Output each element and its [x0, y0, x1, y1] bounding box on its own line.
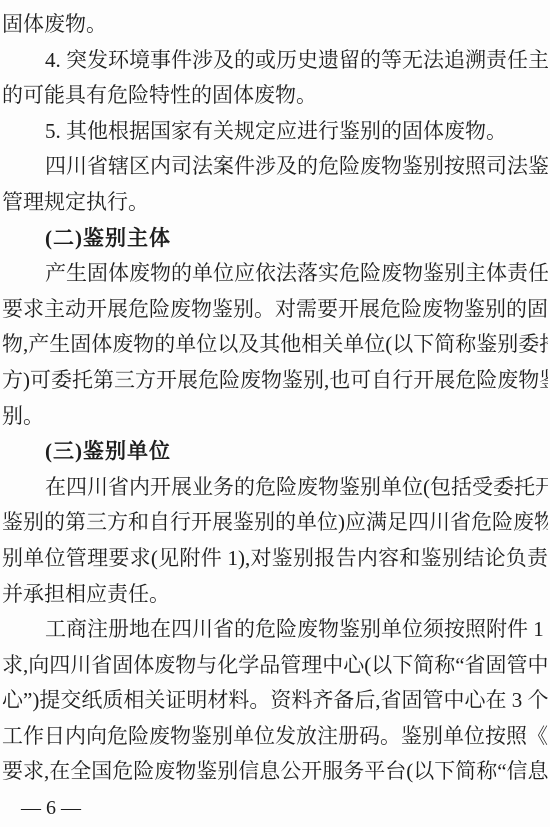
text-line: 的可能具有危险特性的固体废物。 — [2, 78, 548, 114]
heading-section-2: (二)鉴别主体 — [2, 221, 548, 257]
text-line: 四川省辖区内司法案件涉及的危险废物鉴别按照司法鉴定 — [2, 149, 548, 185]
document-page: 固体废物。 4. 突发环境事件涉及的或历史遗留的等无法追溯责任主体 的可能具有危… — [0, 0, 550, 790]
section-heading: (二)鉴别主体 — [2, 221, 548, 257]
text-line: 要求,在全国危险废物鉴别信息公开服务平台(以下简称“信息 — [2, 754, 548, 790]
paragraph-identification-unit: 在四川省内开展业务的危险废物鉴别单位(包括受委托开展 鉴别的第三方和自行开展鉴别… — [2, 470, 548, 612]
text-line: 并承担相应责任。 — [2, 577, 548, 613]
text-line: 别。 — [2, 399, 548, 435]
section-heading: (三)鉴别单位 — [2, 434, 548, 470]
heading-section-3: (三)鉴别单位 — [2, 434, 548, 470]
text-line: 管理规定执行。 — [2, 185, 548, 221]
text-line: 鉴别的第三方和自行开展鉴别的单位)应满足四川省危险废物鉴 — [2, 505, 548, 541]
text-line: 产生固体废物的单位应依法落实危险废物鉴别主体责任,按 — [2, 256, 548, 292]
paragraph-identification-subject: 产生固体废物的单位应依法落实危险废物鉴别主体责任,按 要求主动开展危险废物鉴别。… — [2, 256, 548, 434]
text-line: 工作日内向危险废物鉴别单位发放注册码。鉴别单位按照《通知》 — [2, 719, 548, 755]
text-line: 心”)提交纸质相关证明材料。资料齐备后,省固管中心在 3 个 — [2, 683, 548, 719]
list-item-4: 4. 突发环境事件涉及的或历史遗留的等无法追溯责任主体 的可能具有危险特性的固体… — [2, 43, 548, 114]
text-line: 别单位管理要求(见附件 1),对鉴别报告内容和鉴别结论负责 — [2, 541, 548, 577]
paragraph-registration: 工商注册地在四川省的危险废物鉴别单位须按照附件 1 要 求,向四川省固体废物与化… — [2, 612, 548, 790]
paragraph-judicial-cases: 四川省辖区内司法案件涉及的危险废物鉴别按照司法鉴定 管理规定执行。 — [2, 149, 548, 220]
text-line: 方)可委托第三方开展危险废物鉴别,也可自行开展危险废物鉴 — [2, 363, 548, 399]
page-number: — 6 — — [21, 796, 81, 820]
paragraph-continuation: 固体废物。 — [2, 7, 548, 43]
text-line: 求,向四川省固体废物与化学品管理中心(以下简称“省固管中 — [2, 648, 548, 684]
text-line: 在四川省内开展业务的危险废物鉴别单位(包括受委托开展 — [2, 470, 548, 506]
text-line: 固体废物。 — [2, 7, 548, 43]
text-line: 4. 突发环境事件涉及的或历史遗留的等无法追溯责任主体 — [2, 43, 548, 79]
text-line: 物,产生固体废物的单位以及其他相关单位(以下简称鉴别委托 — [2, 327, 548, 363]
list-item-5: 5. 其他根据国家有关规定应进行鉴别的固体废物。 — [2, 114, 548, 150]
text-line: 工商注册地在四川省的危险废物鉴别单位须按照附件 1 要 — [2, 612, 548, 648]
text-line: 要求主动开展危险废物鉴别。对需要开展危险废物鉴别的固体废 — [2, 292, 548, 328]
text-line: 5. 其他根据国家有关规定应进行鉴别的固体废物。 — [2, 114, 548, 150]
